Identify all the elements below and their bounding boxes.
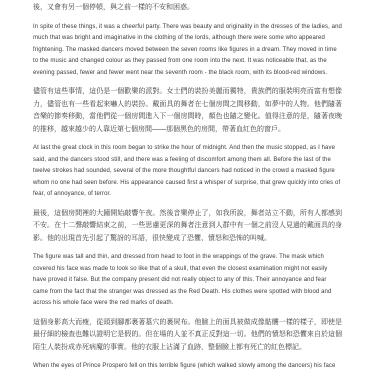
paragraph-zh-party: 儘管有這些事情，這仍是一個歡樂的派對。女士們的裝扮美麗而獨特，貴族們的服裝明亮而… bbox=[33, 86, 342, 136]
paragraph-zh-figure: 這個身影高大而瘦，從頭到腳都裹著墓穴的裹屍布。他臉上的面具被做成像骷髏一樣的樣子… bbox=[33, 317, 342, 355]
paragraph-en-prospero: When the eyes of Prince Prospero fell on… bbox=[33, 361, 342, 373]
paragraph-zh-midnight: 最後，這個房間裡的大鐘開始敲響午夜。然後音樂停止了，如我所說，舞者站立不動，所有… bbox=[33, 208, 342, 246]
paragraph-en-figure: The figure was tall and thin, and dresse… bbox=[33, 252, 342, 310]
paragraph-zh-continuation: 後，又會有另一個停頓，與之前一樣的不安和困惑。 bbox=[33, 2, 342, 15]
document-viewport: 後，又會有另一個停頓，與之前一樣的不安和困惑。 In spite of thes… bbox=[0, 0, 375, 375]
paragraph-en-midnight: At last the great clock in this room beg… bbox=[33, 143, 342, 201]
document-page: 後，又會有另一個停頓，與之前一樣的不安和困惑。 In spite of thes… bbox=[33, 2, 342, 375]
paragraph-en-party: In spite of these things, it was a cheer… bbox=[33, 22, 342, 80]
